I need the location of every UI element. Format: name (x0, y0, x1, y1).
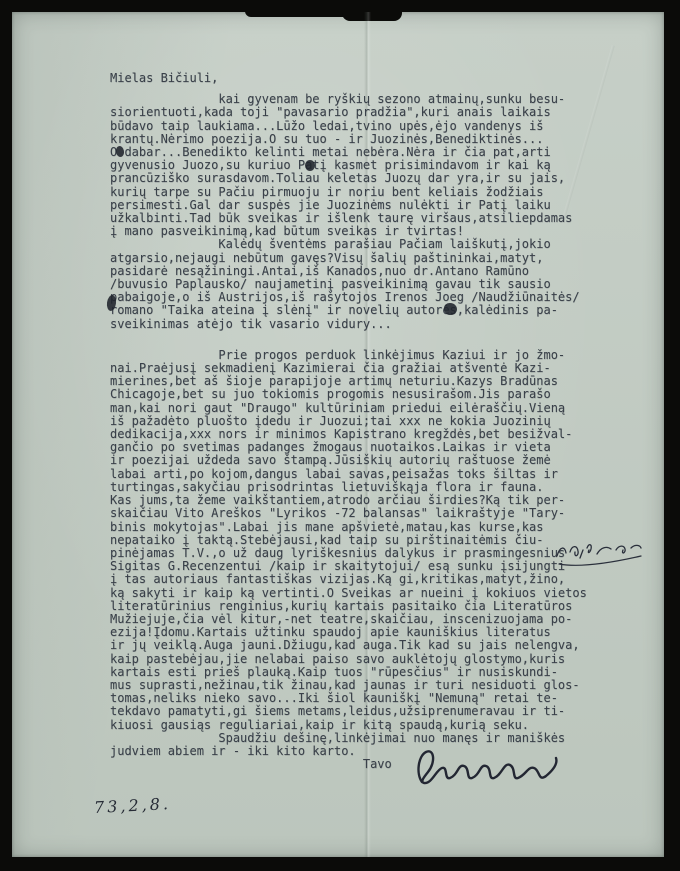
paragraph-3: Prie progos perduok linkėjimus Kaziui ir… (110, 349, 610, 732)
letter-paper: Mielas Bičiuli, kai gyvenam be ryškių se… (12, 12, 664, 857)
letter-line: ir poezijai uždeda savo štampą.Jūsiškių … (110, 454, 610, 467)
letter-line: kartais esti prieš plauką.Kaip tuos "rūp… (110, 666, 610, 679)
letter-line: literatūrinius renginius,kurių kartais p… (110, 600, 610, 613)
scanned-letter-background: Mielas Bičiuli, kai gyvenam be ryškių se… (0, 0, 680, 871)
letter-line: tekdavo pamatyti,gi šiems metams,leidus,… (110, 705, 610, 718)
letter-line: kaip pastebėjau,jie nelabai paiso savo a… (110, 653, 610, 666)
letter-line: labai arti,po kojom,dangus labai savas,p… (110, 468, 610, 481)
letter-line: prancūziško surasdavom.Toliau keletas Ju… (110, 172, 610, 185)
paragraph-1: kai gyvenam be ryškių sezono atmainų,sun… (110, 93, 610, 238)
salutation: Mielas Bičiuli, (110, 72, 610, 85)
ink-blot (444, 303, 457, 315)
letter-line: skaičiau Vito Areškos "Lyrikos -72 balan… (110, 507, 610, 520)
letter-line: kiuosi gausiąs reguliariai,kaip ir kitą … (110, 719, 610, 732)
signature-scribble (412, 740, 562, 794)
letter-line: sveikinimas atėjo tik vasario vidury... (110, 318, 610, 331)
letter-line: ir jų veiklą.Auga jauni.Džiugu,kad auga.… (110, 639, 610, 652)
letter-line: atgarsio,nejaugi nebūtum gavęs?Visų šali… (110, 252, 610, 265)
letter-line: Kalėdų šventėms parašiau Pačiam laiškutį… (110, 238, 610, 251)
ink-blot (305, 160, 315, 171)
letter-line: būdavo taip laukiama...Lūžo ledai,tvino … (110, 120, 610, 133)
letter-line: kurių tarpe su Pačiu pirmuoju ir noriu b… (110, 186, 610, 199)
letter-line: ką sakyti ir kaip ką vertinti.O Sveikas … (110, 587, 610, 600)
letter-line: nepataiko į taktą.Stebėjausi,kad taip su… (110, 534, 610, 547)
letter-line: man,kai nori gaut "Draugo" kultūriniam p… (110, 402, 610, 415)
margin-scribble (553, 538, 645, 574)
paragraph-2: Kalėdų šventėms parašiau Pačiam laiškutį… (110, 238, 610, 330)
handwritten-date: 73,2,8. (94, 794, 172, 817)
paper-edge-notch (342, 11, 402, 21)
letter-line: siorientuoti,kada toji "pavasario pradži… (110, 106, 610, 119)
letter-body: Mielas Bičiuli, kai gyvenam be ryškių se… (110, 72, 610, 771)
letter-line: Chicagoje,bet su juo tokiomis progomis n… (110, 388, 610, 401)
letter-line: binis mokytojas".Labai jis mane apšvietė… (110, 521, 610, 534)
letter-line: romano "Taika ateina į slėnį" ir novelių… (110, 304, 610, 317)
letter-line: į tas autoriaus fantastiškas vizijas.Ką … (110, 573, 610, 586)
